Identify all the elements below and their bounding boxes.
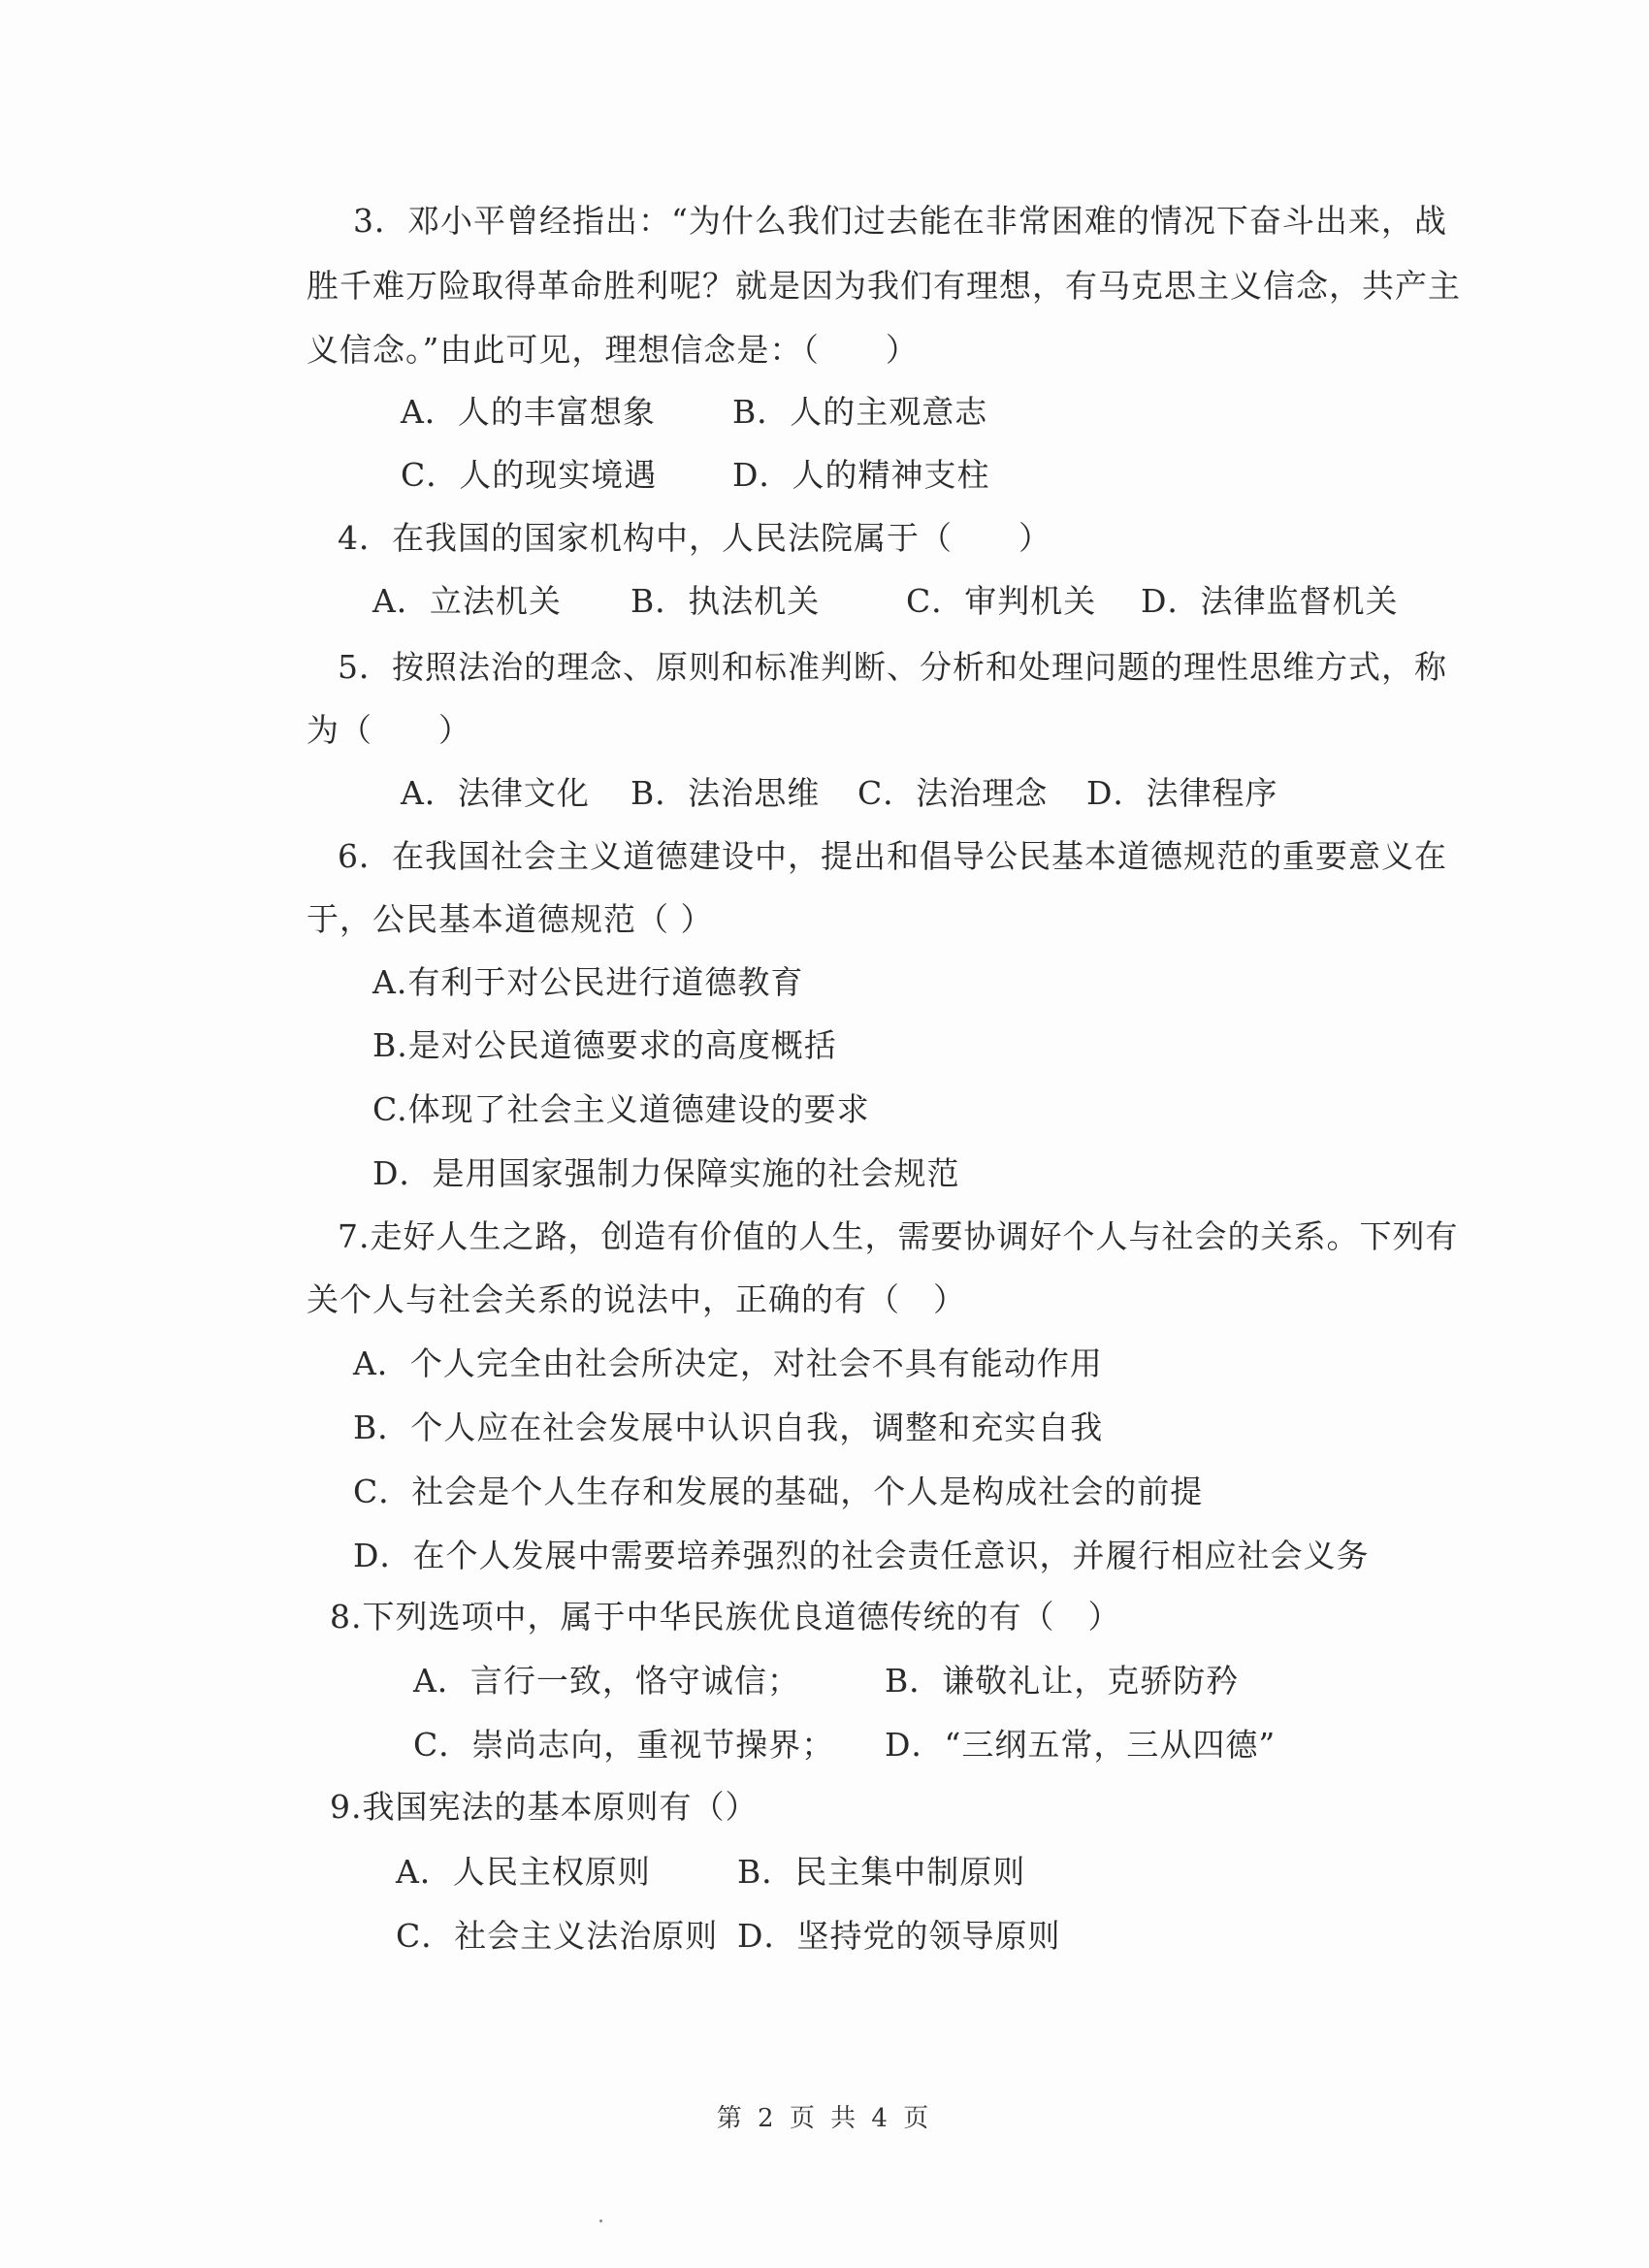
- question-text-line: 4．在我国的国家机构中，人民法院属于（ ）: [338, 519, 1051, 558]
- option-a: A．人的丰富想象: [401, 393, 656, 432]
- option-d: D．法律程序: [1086, 774, 1277, 813]
- option-b: B．执法机关: [630, 582, 820, 621]
- question-text-line: 3．邓小平曾经指出：“为什么我们过去能在非常困难的情况下奋斗出来，战: [353, 202, 1447, 241]
- question-text-line: 义信念。”由此可见，理想信念是：（ ）: [307, 331, 919, 370]
- option-b: B.是对公民道德要求的高度概括: [372, 1026, 837, 1065]
- page-number-footer: 第 2 页 共 4 页: [0, 2103, 1649, 2134]
- option-c: C．崇尚志向，重视节操界；: [413, 1726, 834, 1765]
- option-d: D．人的精神支柱: [732, 456, 989, 495]
- option-a: A．言行一致，恪守诚信；: [413, 1662, 800, 1701]
- option-b: B．谦敬礼让，克骄防矜: [885, 1662, 1239, 1701]
- question-text-line: 9.我国宪法的基本原则有（）: [330, 1788, 759, 1827]
- option-d: D．坚持党的领导原则: [737, 1917, 1060, 1956]
- question-text-line: 为（ ）: [307, 711, 471, 750]
- option-d: D．是用国家强制力保障实施的社会规范: [372, 1154, 959, 1193]
- question-text-line: 6．在我国社会主义道德建设中，提出和倡导公民基本道德规范的重要意义在: [338, 837, 1447, 876]
- question-text-line: 关个人与社会关系的说法中，正确的有（ ）: [307, 1280, 966, 1319]
- option-c: C．人的现实境遇: [401, 456, 657, 495]
- option-c: C．法治理念: [857, 774, 1048, 813]
- question-text-line: 8.下列选项中，属于中华民族优良道德传统的有（ ）: [330, 1598, 1121, 1636]
- exam-page: 3．邓小平曾经指出：“为什么我们过去能在非常困难的情况下奋斗出来，战 胜千难万险…: [0, 0, 1649, 2268]
- option-a: A．法律文化: [401, 774, 590, 813]
- option-c: C.体现了社会主义道德建设的要求: [372, 1090, 870, 1129]
- question-text-line: 于，公民基本道德规范（ ）: [307, 900, 714, 939]
- option-a: A.有利于对公民进行道德教育: [372, 963, 803, 1002]
- question-text-line: 7.走好人生之路，创造有价值的人生，需要协调好个人与社会的关系。下列有: [338, 1217, 1459, 1256]
- option-b: B．人的主观意志: [732, 393, 987, 432]
- option-a: A．人民主权原则: [396, 1853, 651, 1892]
- option-a: A．立法机关: [372, 582, 562, 621]
- option-c: C．审判机关: [906, 582, 1096, 621]
- option-c: C．社会是个人生存和发展的基础，个人是构成社会的前提: [353, 1473, 1203, 1511]
- option-d: D．法律监督机关: [1141, 582, 1398, 621]
- option-c: C．社会主义法治原则: [396, 1917, 718, 1956]
- scan-speck: [599, 2219, 602, 2222]
- option-d: D．在个人发展中需要培养强烈的社会责任意识，并履行相应社会义务: [353, 1537, 1369, 1575]
- question-text-line: 5．按照法治的理念、原则和标准判断、分析和处理问题的理性思维方式，称: [338, 648, 1447, 687]
- question-text-line: 胜千难万险取得革命胜利呢？就是因为我们有理想，有马克思主义信念，共产主: [307, 267, 1461, 306]
- option-b: B．个人应在社会发展中认识自我，调整和充实自我: [353, 1409, 1103, 1447]
- option-b: B．民主集中制原则: [737, 1853, 1025, 1892]
- option-a: A．个人完全由社会所决定，对社会不具有能动作用: [353, 1345, 1103, 1383]
- option-d: D．“三纲五常，三从四德”: [885, 1726, 1276, 1765]
- option-b: B．法治思维: [630, 774, 820, 813]
